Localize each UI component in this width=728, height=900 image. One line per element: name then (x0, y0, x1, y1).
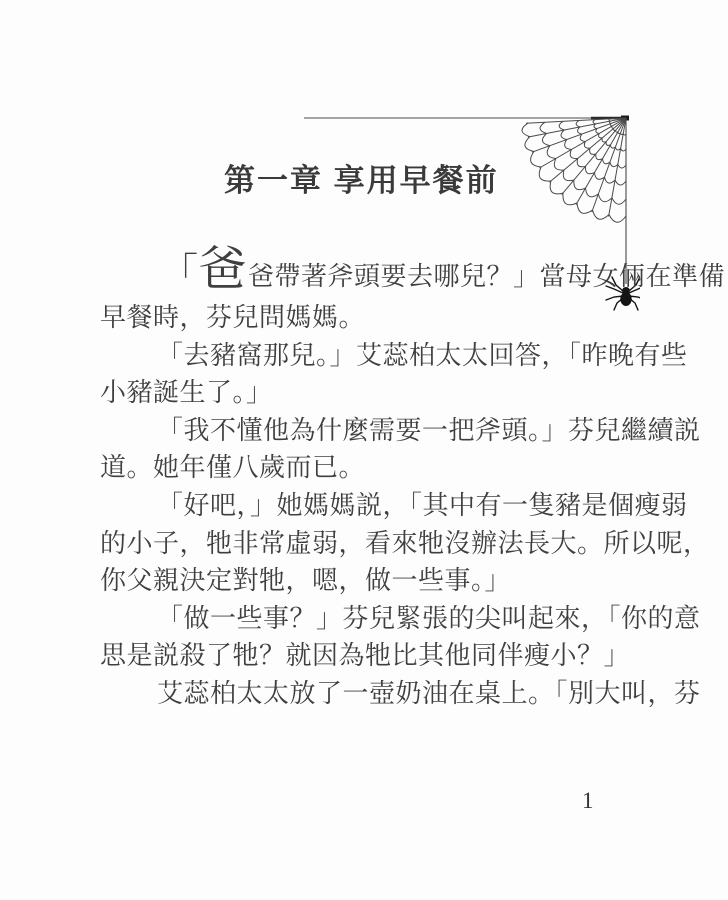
text-line: 爸帶著斧頭要去哪兒？」當母女倆在準備 (248, 258, 725, 296)
text-line: 「好吧，」她媽媽説，「其中有一隻豬是個瘦弱 (100, 487, 660, 525)
drop-cap-char: 爸 (199, 246, 248, 294)
web-threads (522, 118, 626, 222)
text-line: 早餐時，芬兒問媽媽。 (100, 299, 660, 337)
page-number: 1 (582, 788, 594, 814)
text-line: 思是説殺了牠？就因為牠比其他同伴瘦小？」 (100, 637, 660, 675)
text-line: 「做一些事？」芬兒緊張的尖叫起來，「你的意 (100, 600, 660, 638)
text-line: 「去豬窩那兒。」艾蕊柏太太回答，「昨晚有些 (100, 337, 660, 375)
body-text: 「 爸 爸帶著斧頭要去哪兒？」當母女倆在準備 早餐時，芬兒問媽媽。 「去豬窩那兒… (100, 246, 660, 713)
text-line: 小豬誕生了。」 (100, 374, 660, 412)
text-line: 艾蕊柏太太放了一壺奶油在桌上。「別大叫，芬 (100, 675, 660, 713)
text-line: 「我不懂他為什麼需要一把斧頭。」芬兒繼續説 (100, 412, 660, 450)
book-page: 第一章 享用早餐前 「 爸 爸帶著斧頭要去哪兒？」當母女倆在準備 早餐時，芬兒問… (0, 0, 728, 900)
text-line: 的小子，牠非常虛弱，看來牠沒辦法長大。所以呢， (100, 525, 660, 563)
chapter-title: 第一章 享用早餐前 (224, 155, 499, 200)
text-line-first: 「 爸 爸帶著斧頭要去哪兒？」當母女倆在準備 (100, 246, 660, 299)
text-line: 道。她年僅八歲而已。 (100, 449, 660, 487)
text-line: 你父親決定對牠，嗯，做一些事。」 (100, 562, 660, 600)
drop-cap-quote: 「 (160, 254, 199, 292)
